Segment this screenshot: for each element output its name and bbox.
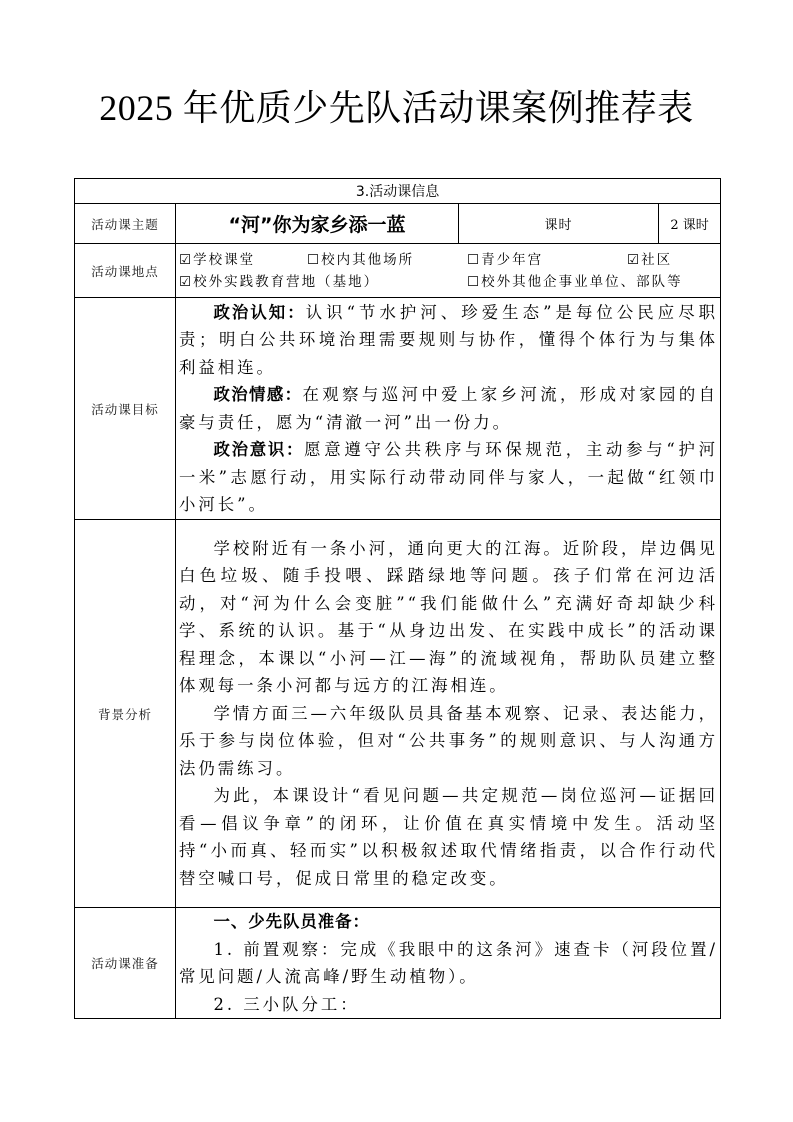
preparation-heading: 一、少先队员准备：: [213, 912, 370, 931]
theme-value: “河”你为家乡添一蓝: [176, 204, 459, 244]
location-option-other-units[interactable]: ☐校外其他企事业单位、部队等: [467, 271, 683, 293]
goals-content: 政治认知：认识“节水护河、珍爱生态”是每位公民应尽职责；明白公共环境治理需要规则…: [176, 298, 721, 520]
location-options: ☑学校课堂 ☐校内其他场所 ☐青少年宫 ☑社区 ☑校外实践教育营地（基地） ☐校…: [176, 244, 721, 298]
preparation-item: 1. 前置观察：完成《我眼中的这条河》速查卡（河段位置/常见问题/人流高峰/野生…: [179, 936, 718, 991]
goal-cognition: 政治认知：认识“节水护河、珍爱生态”是每位公民应尽职责；明白公共环境治理需要规则…: [179, 299, 718, 382]
goal-emotion: 政治情感：在观察与巡河中爱上家乡河流，形成对家园的自豪与责任，愿为“清澈一河”出…: [179, 381, 718, 436]
hours-label: 课时: [459, 204, 659, 244]
checkbox-unchecked-icon[interactable]: ☐: [467, 252, 481, 268]
background-label: 背景分析: [75, 520, 176, 908]
hours-value: 2 课时: [659, 204, 721, 244]
background-paragraph: 学情方面三—六年级队员具备基本观察、记录、表达能力，乐于参与岗位体验，但对“公共…: [179, 700, 718, 783]
checkbox-checked-icon[interactable]: ☑: [627, 252, 641, 268]
location-option-school-classroom[interactable]: ☑学校课堂: [179, 249, 307, 271]
background-content: 学校附近有一条小河，通向更大的江海。近阶段，岸边偶见白色垃圾、随手投喂、踩踏绿地…: [176, 520, 721, 908]
location-option-practice-base[interactable]: ☑校外实践教育营地（基地）: [179, 271, 467, 293]
background-paragraph: 为此，本课设计“看见问题—共定规范—岗位巡河—证据回看—倡议争章”的闭环，让价值…: [179, 782, 718, 892]
location-option-other-campus[interactable]: ☐校内其他场所: [307, 249, 467, 271]
background-paragraph: 学校附近有一条小河，通向更大的江海。近阶段，岸边偶见白色垃圾、随手投喂、踩踏绿地…: [179, 535, 718, 700]
checkbox-checked-icon[interactable]: ☑: [179, 274, 193, 290]
document-title: 2025 年优质少先队活动课案例推荐表: [0, 86, 793, 130]
section-header: 3.活动课信息: [75, 179, 721, 204]
goal-awareness: 政治意识：愿意遵守公共秩序与环保规范，主动参与“护河一米”志愿行动，用实际行动带…: [179, 436, 718, 519]
location-option-youth-palace[interactable]: ☐青少年宫: [467, 249, 627, 271]
preparation-item: 2. 三小队分工：: [179, 991, 718, 1019]
checkbox-checked-icon[interactable]: ☑: [179, 252, 193, 268]
activity-info-table: 3.活动课信息 活动课主题 “河”你为家乡添一蓝 课时 2 课时 活动课地点 ☑…: [74, 178, 721, 1019]
preparation-label: 活动课准备: [75, 908, 176, 1019]
checkbox-unchecked-icon[interactable]: ☐: [307, 252, 321, 268]
location-label: 活动课地点: [75, 244, 176, 298]
preparation-content: 一、少先队员准备： 1. 前置观察：完成《我眼中的这条河》速查卡（河段位置/常见…: [176, 908, 721, 1019]
location-option-community[interactable]: ☑社区: [627, 249, 672, 271]
checkbox-unchecked-icon[interactable]: ☐: [467, 274, 481, 290]
goals-label: 活动课目标: [75, 298, 176, 520]
theme-label: 活动课主题: [75, 204, 176, 244]
